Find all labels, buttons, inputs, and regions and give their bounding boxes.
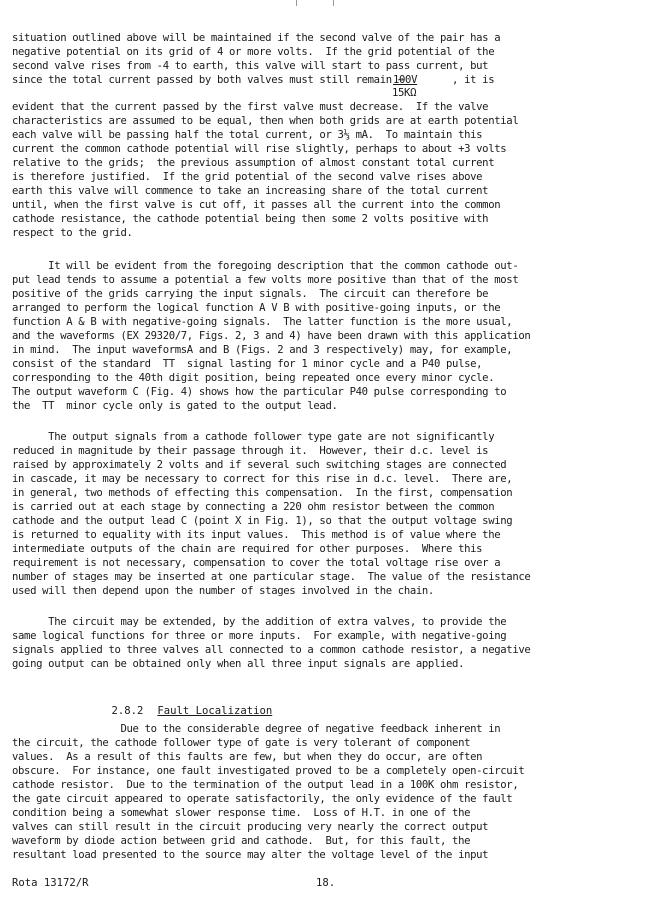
text-line: raised by approximately 2 volts and if s… [12,458,506,472]
text-line: is therefore justified. If the grid pote… [12,170,482,184]
text-line: evident that the current passed by the f… [12,100,488,114]
text-line: arranged to perform the logical function… [12,301,500,315]
text-line: values. As a result of this faults are f… [12,750,482,764]
text-line: put lead tends to assume a potential a f… [12,273,518,287]
text-line: valves can still result in the circuit p… [12,820,488,834]
fraction-denominator: 15KΩ [392,86,416,100]
text-line: second valve rises from -4 to earth, thi… [12,59,488,73]
document-reference: Rota 13172/R [12,876,89,890]
text-line: each valve will be passing half the tota… [12,128,482,142]
document-page: situation outlined above will be maintai… [0,0,650,900]
text-line: function A & B with negative-going signa… [12,315,512,329]
text-line: earth this valve will commence to take a… [12,184,488,198]
text-line: characteristics are assumed to be equal,… [12,114,518,128]
text-line: signals applied to three valves all conn… [12,643,530,657]
scan-artifact [296,0,334,6]
text-line: the gate circuit appeared to operate sat… [12,792,512,806]
text-line: consist of the standard TT signal lastin… [12,357,482,371]
text-line: corresponding to the 40th digit position… [12,371,494,385]
text-line: reduced in magnitude by their passage th… [12,444,488,458]
text-line: the circuit, the cathode follower type o… [12,736,470,750]
text-line: in general, two methods of effecting thi… [12,486,512,500]
text-line: number of stages may be inserted at one … [12,570,530,584]
text-line: is returned to equality with its input v… [12,528,500,542]
text-line: in mind. The input waveformsA and B (Fig… [12,343,512,357]
text-line: relative to the grids; the previous assu… [12,156,494,170]
text-line: the TT minor cycle only is gated to the … [12,399,338,413]
text-line: situation outlined above will be maintai… [12,31,500,45]
text-line: intermediate outputs of the chain are re… [12,542,482,556]
page-number: 18. [316,876,335,890]
text-line: positive of the grids carrying the input… [12,287,488,301]
text-line: condition being a somewhat slower respon… [12,806,470,820]
text-line: Due to the considerable degree of negati… [12,722,500,736]
text-line: going output can be obtained only when a… [12,657,464,671]
text-line: respect to the grid. [12,226,133,240]
text-line: since the total current passed by both v… [12,73,494,87]
section-number: 2.8.2 [112,705,144,717]
text-line: cathode resistor. Due to the termination… [12,778,518,792]
text-line: cathode and the output lead C (point X i… [12,514,512,528]
text-line: until, when the first valve is cut off, … [12,198,500,212]
text-line: The output signals from a cathode follow… [12,430,494,444]
fraction-numerator: 100V [393,73,417,87]
text-line: The circuit may be extended, by the addi… [12,615,506,629]
text-line: and the waveforms (EX 29320/7, Figs. 2, … [12,329,530,343]
text-line: current the common cathode potential wil… [12,142,506,156]
text-line: resultant load presented to the source m… [12,848,488,862]
text-line: same logical functions for three or more… [12,629,506,643]
text-line: in cascade, it may be necessary to corre… [12,472,512,486]
text-line: is carried out at each stage by connecti… [12,500,494,514]
text-line: cathode resistance, the cathode potentia… [12,212,488,226]
text-line: requirement is not necessary, compensati… [12,556,500,570]
text-line: negative potential on its grid of 4 or m… [12,45,494,59]
text-line: The output waveform C (Fig. 4) shows how… [12,385,506,399]
text-line: It will be evident from the foregoing de… [12,259,518,273]
text-line: obscure. For instance, one fault investi… [12,764,524,778]
text-line: used will then depend upon the number of… [12,584,434,598]
section-title: Fault Localization [157,705,272,717]
text-line: waveform by diode action between grid an… [12,834,470,848]
